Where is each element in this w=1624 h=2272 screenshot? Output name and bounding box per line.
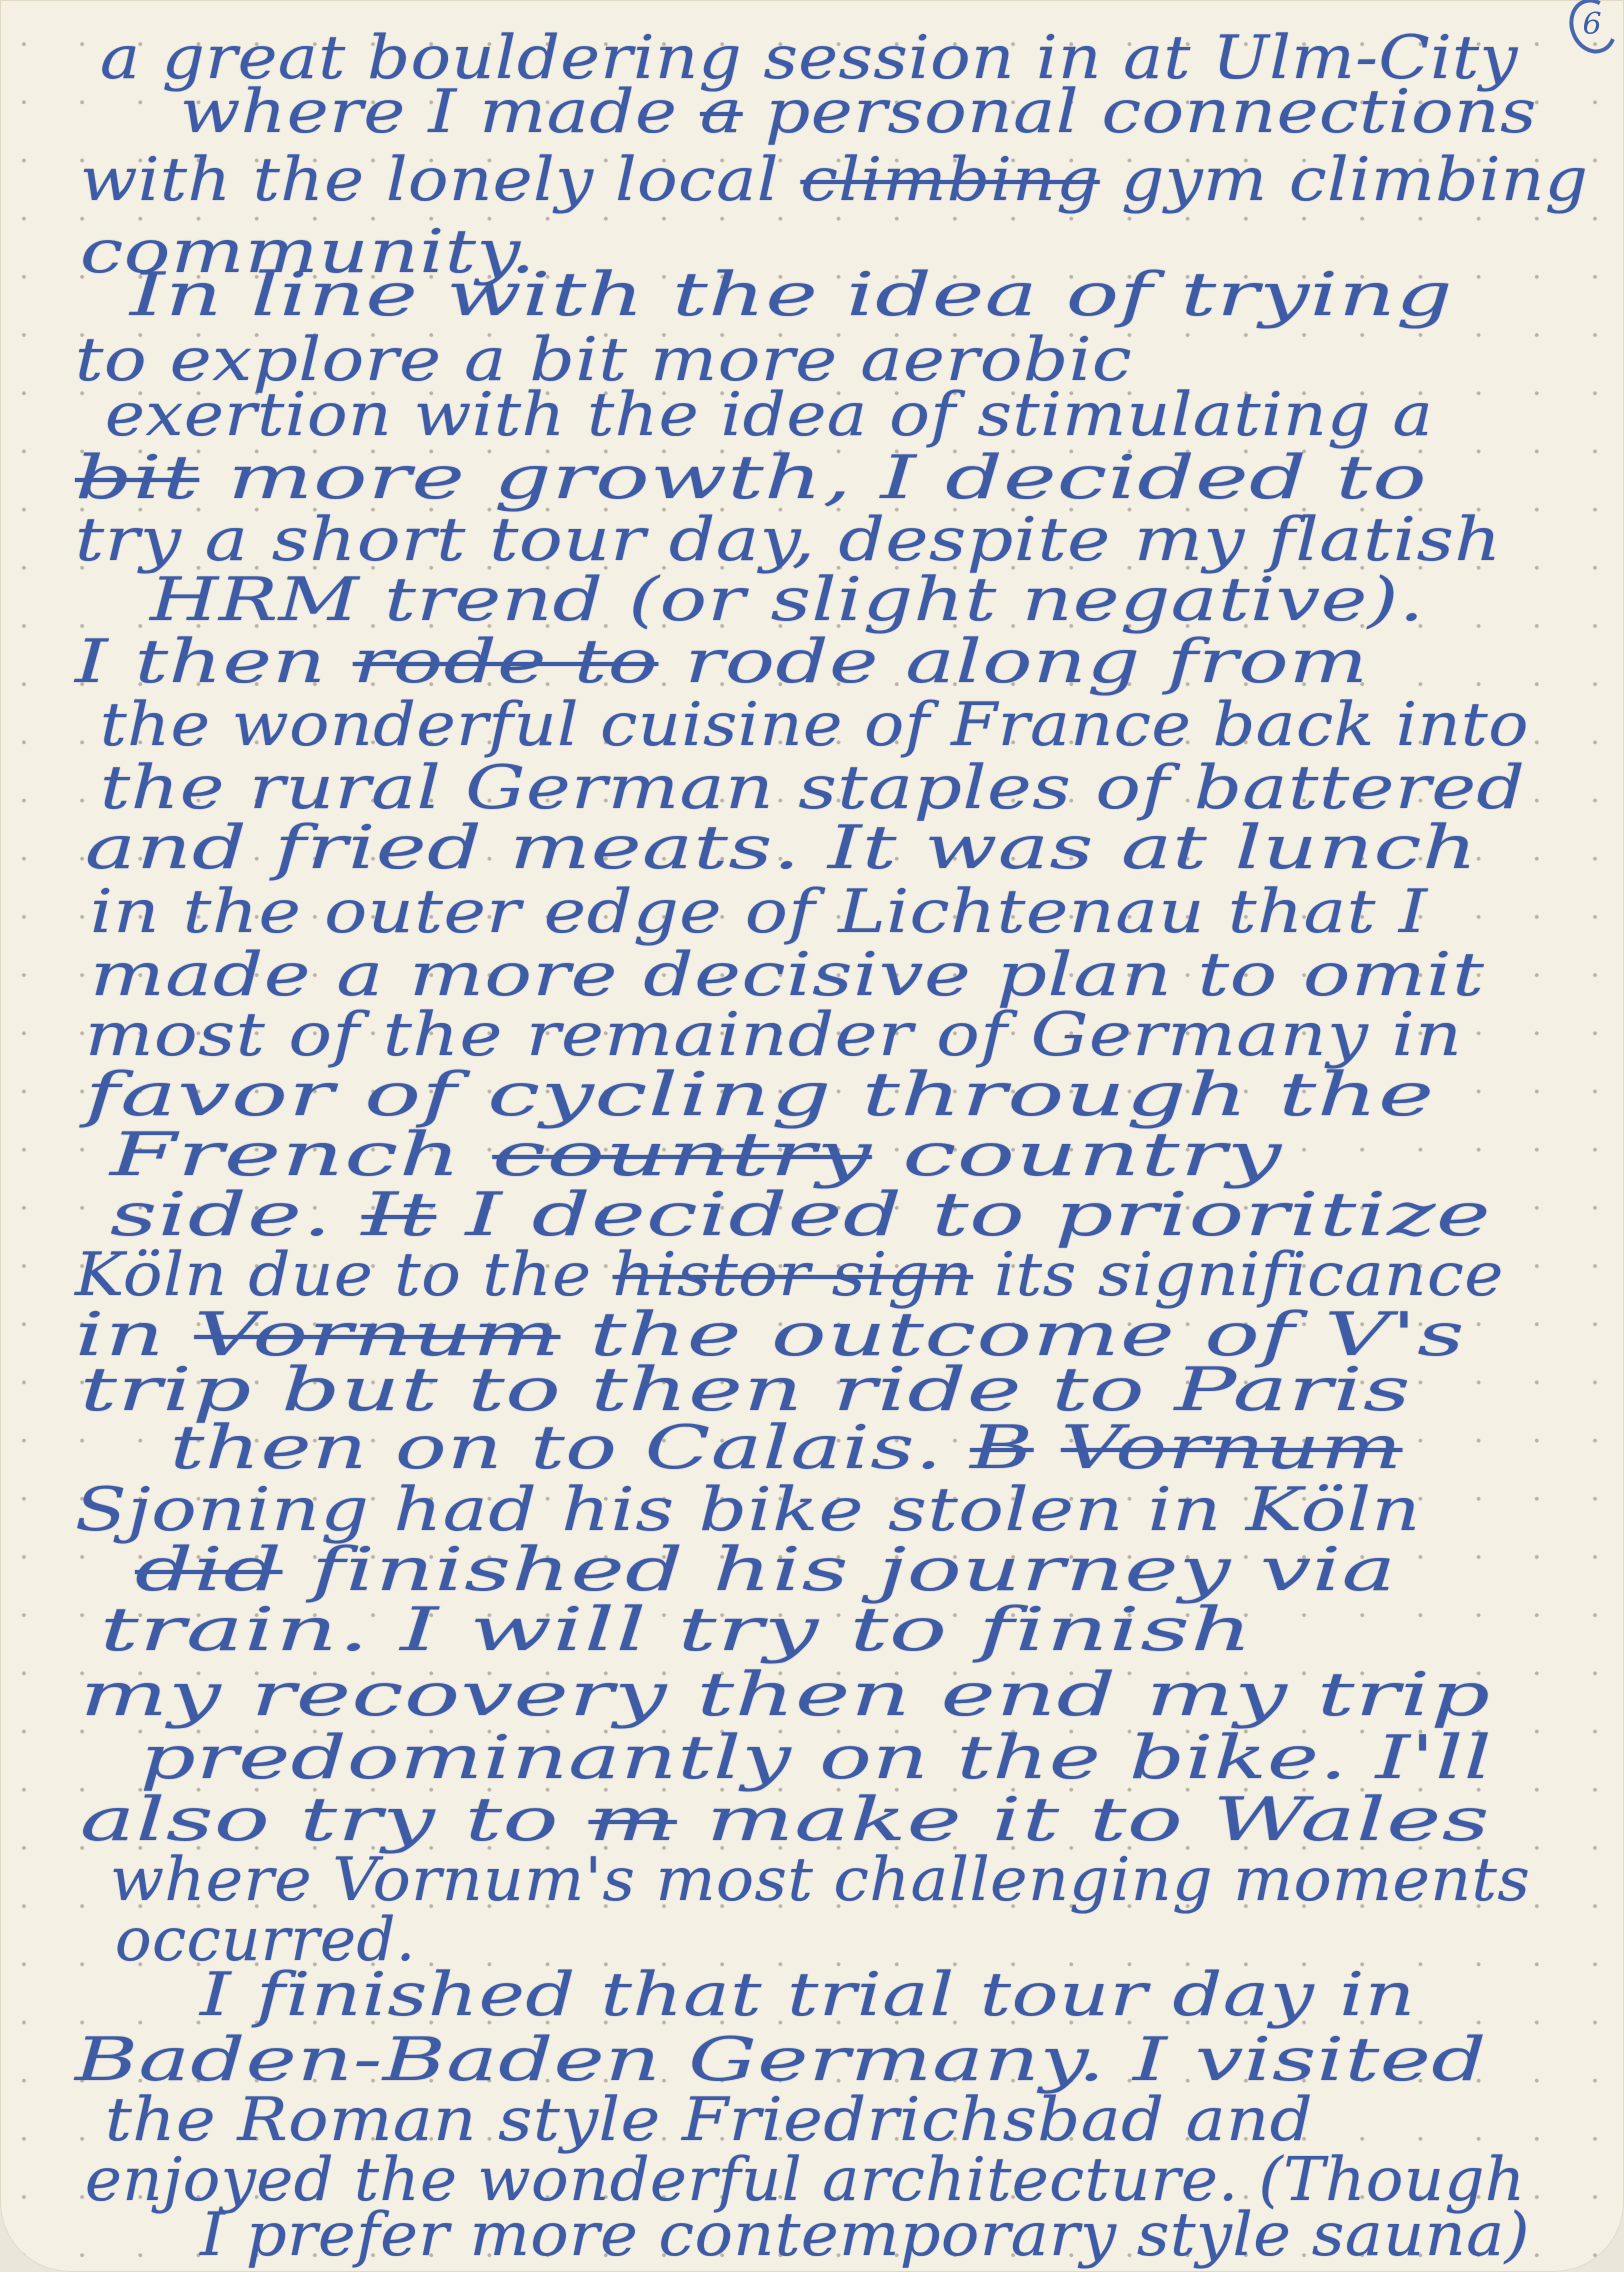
handwritten-line: madeamoredecisiveplantoomit <box>90 945 1510 1005</box>
word: growth, <box>494 443 852 513</box>
handwritten-line: train.Iwilltrytofinish <box>100 1600 1284 1660</box>
word: trial <box>787 1960 955 2030</box>
word: of <box>864 690 930 760</box>
word: gym <box>1121 145 1267 215</box>
word: idea <box>846 260 1037 330</box>
handwritten-line: whereVornum'smostchallengingmoments <box>110 1850 1551 1910</box>
word: cuisine <box>600 690 843 760</box>
word: negative). <box>1022 565 1425 635</box>
word: more <box>470 2200 639 2270</box>
word: back <box>1213 690 1375 760</box>
handwritten-line: tryashorttourday,despitemyflatish <box>75 510 1525 570</box>
struck-word: a <box>700 77 743 147</box>
word: of <box>1066 260 1153 330</box>
word: into <box>1396 690 1529 760</box>
word: prefer <box>246 2200 449 2270</box>
word: HRM <box>150 565 359 635</box>
handwritten-line: theruralGermanstaplesofbattered <box>100 758 1549 818</box>
word: line <box>251 260 419 330</box>
word: with <box>446 260 644 330</box>
word: France <box>951 690 1191 760</box>
word: train. <box>100 1595 370 1665</box>
word: end <box>941 1660 1117 1730</box>
word: wonderful <box>232 690 579 760</box>
word: a <box>1393 380 1434 450</box>
handwritten-line: Ithenrode torodealongfrom <box>75 632 1395 692</box>
handwritten-line: Ifinishedthattrialtourdayin <box>200 1965 1440 2025</box>
word: try <box>678 1595 819 1665</box>
word: local <box>615 145 779 215</box>
handwritten-line: Iprefermorecontemporarystylesauna) <box>200 2205 1550 2265</box>
word: then <box>170 1413 368 1483</box>
struck-word: B <box>970 1413 1034 1483</box>
handwritten-line: Inlinewiththeideaoftrying <box>130 265 1481 325</box>
handwritten-line: Kölnduetothehistor signitssignificance <box>75 1245 1525 1305</box>
word: the <box>1278 1060 1434 1130</box>
handwritten-line: bitmoregrowth,Idecidedto <box>75 448 1456 508</box>
handwritten-line: alsotrytommakeittoWales <box>80 1790 1519 1850</box>
handwritten-line: HRMtrend(orslightnegative). <box>150 570 1450 630</box>
word: I <box>200 1960 231 2030</box>
word: and <box>85 813 247 883</box>
handwritten-line: andfriedmeats.Itwasatlunch <box>85 818 1505 878</box>
word: (or <box>629 565 746 635</box>
word: I <box>75 627 108 697</box>
handwritten-line: thenontoCalais.BVornum <box>170 1418 1430 1478</box>
word: moments <box>1233 1845 1530 1915</box>
word: the <box>100 690 211 760</box>
word: with <box>80 145 231 215</box>
word: In <box>130 260 223 330</box>
handwritten-line: exertionwiththeideaofstimulatinga <box>105 385 1455 445</box>
word: fried <box>274 813 482 883</box>
word: It <box>828 813 897 883</box>
word: day <box>1172 1960 1314 2030</box>
handwritten-line: SjoninghadhisbikestoleninKöln <box>75 1480 1445 1540</box>
handwritten-line: mostoftheremainderofGermanyin <box>85 1005 1485 1065</box>
word: connections <box>1102 77 1537 147</box>
word: stimulating <box>977 380 1371 450</box>
word: on <box>819 1723 929 1793</box>
word: where <box>180 77 406 147</box>
word: to <box>530 1413 617 1483</box>
word: was <box>924 813 1093 883</box>
word: from <box>1167 627 1368 697</box>
struck-word: climbing <box>800 145 1099 215</box>
word: Lichtenau <box>838 877 1205 947</box>
word: contemporary <box>659 2200 1117 2270</box>
word: rode <box>685 627 879 697</box>
word: Calais. <box>645 1413 943 1483</box>
handwritten-line: theRomanstyleFriedrichsbadand <box>105 2090 1334 2150</box>
word: will <box>470 1595 647 1665</box>
word: outer <box>324 877 521 947</box>
word: I <box>428 77 456 147</box>
word: challenging <box>834 1845 1213 1915</box>
word: trying <box>1181 260 1453 330</box>
word: a <box>100 23 140 93</box>
word: to <box>1336 443 1427 513</box>
word: I <box>881 443 917 513</box>
handwritten-text-body: agreatboulderingsessioninatUlm-Citywhere… <box>0 0 1624 2272</box>
word: personal <box>765 77 1079 147</box>
word: recovery <box>251 1660 667 1730</box>
word: the <box>587 380 699 450</box>
word: edge <box>544 877 722 947</box>
struck-word: bit <box>75 443 199 513</box>
word: I'll <box>1376 1723 1493 1793</box>
word: that <box>601 1960 763 2030</box>
word: more <box>228 443 466 513</box>
word: then <box>697 1660 911 1730</box>
struck-word: rode to <box>353 627 658 697</box>
word: I <box>400 1595 439 1665</box>
word: trip <box>1317 1660 1490 1730</box>
word: of <box>889 380 956 450</box>
handwritten-line: favorofcyclingthroughthe <box>85 1065 1465 1125</box>
word: my <box>1146 1660 1288 1730</box>
word: bike. <box>1129 1723 1348 1793</box>
word: made <box>479 77 677 147</box>
handwritten-line: intheouteredgeofLichtenauthatI <box>90 882 1450 942</box>
word: my <box>80 1660 222 1730</box>
handwritten-line: Frenchcountrycountry <box>110 1125 1313 1185</box>
word: with <box>414 380 566 450</box>
word: the <box>672 260 818 330</box>
handwritten-line: Baden-BadenGermany.Ivisited <box>75 2030 1514 2090</box>
word: then <box>135 627 327 697</box>
word: I <box>200 2200 226 2270</box>
handwritten-line: tripbuttothenridetoParis <box>80 1360 1440 1420</box>
word: idea <box>721 380 868 450</box>
word: finish <box>978 1595 1253 1665</box>
word: at <box>1121 813 1207 883</box>
word: style <box>1137 2200 1292 2270</box>
handwritten-line: thewonderfulcuisineofFrancebackinto <box>100 695 1550 755</box>
word: sauna) <box>1312 2200 1530 2270</box>
handwritten-line: side.ItIdecidedtoprioritize <box>110 1185 1520 1245</box>
word: slight <box>771 565 997 635</box>
word: climbing <box>1289 145 1588 215</box>
word: exertion <box>105 380 392 450</box>
word: meats. <box>510 813 801 883</box>
word: in <box>1339 1960 1415 2030</box>
word: I <box>1399 877 1428 947</box>
handwritten-line: predominantlyonthebike.I'll <box>140 1728 1520 1788</box>
word: the <box>253 145 365 215</box>
handwritten-line: myrecoverythenendmytrip <box>80 1665 1520 1725</box>
journal-page: 6 agreatboulderingsessioninatUlm-Citywhe… <box>0 0 1624 2272</box>
handwritten-line: didfinishedhisjourneyvia <box>135 1540 1426 1600</box>
word: the <box>183 877 302 947</box>
word: lonely <box>386 145 594 215</box>
word: along <box>905 627 1140 697</box>
word: predominantly <box>140 1723 792 1793</box>
word: tour <box>980 1960 1148 2030</box>
word: of <box>745 877 816 947</box>
word: decided <box>945 443 1307 513</box>
word: to <box>850 1595 948 1665</box>
word: finished <box>256 1960 576 2030</box>
word: via <box>1260 1535 1397 1605</box>
handwritten-line: withthelonelylocalclimbinggymclimbing <box>80 150 1610 210</box>
struck-word: Vornum <box>1061 1413 1402 1483</box>
word: lunch <box>1235 813 1478 883</box>
word: the <box>957 1723 1101 1793</box>
word: most <box>656 1845 814 1915</box>
word: on <box>395 1413 503 1483</box>
word: that <box>1228 877 1376 947</box>
word: trend <box>384 565 603 635</box>
handwritten-line: whereImadeapersonalconnections <box>180 82 1559 142</box>
word: in <box>90 877 160 947</box>
